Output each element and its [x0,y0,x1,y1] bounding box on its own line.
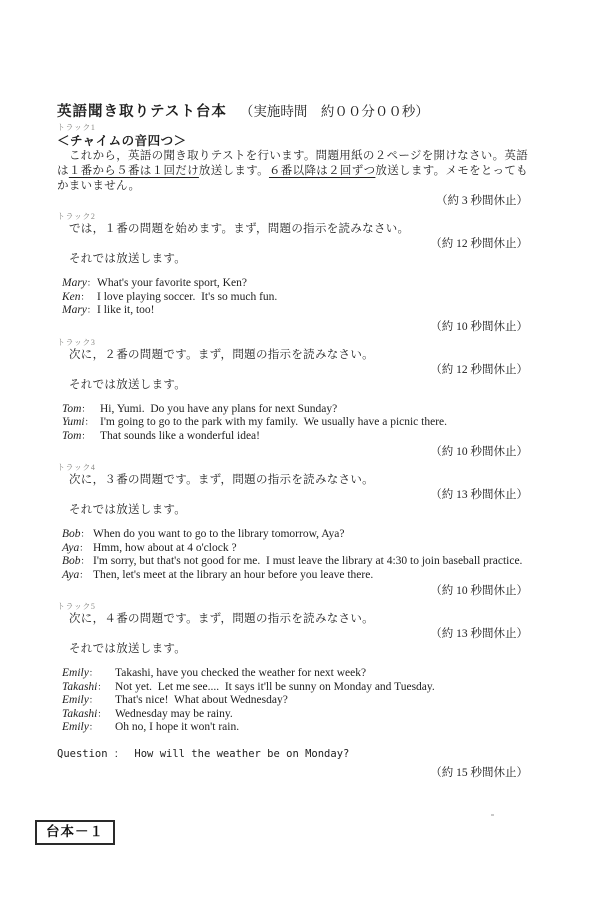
dialogue-line: EmilyOh no, I hope it won't rain. [62,721,528,735]
dialogue-line: BobI'm sorry, but that's not good for me… [62,555,528,569]
speaker-name: Emily [62,721,115,735]
page-title: 英語聞き取りテスト台本（実施時間 約００分００秒） [57,103,528,121]
intro-underlined-segment: ６番以降は２回ずつ [269,165,375,177]
pause-note: （約 3 秒間休止） [57,194,528,209]
utterance: What's your favorite sport, Ken? [97,277,528,291]
pause-note: （約 12 秒間休止） [57,363,528,378]
instruction-line: では，１番の問題を始めます。まず，問題の指示を読みなさい。 [57,222,528,237]
chime-heading: ＜チャイムの音四つ＞ [57,133,528,149]
scan-artifact-dot [491,814,494,816]
speaker-name: Bob [62,528,93,542]
speaker-name: Ken [62,291,97,305]
pause-note: （約 15 秒間休止） [57,766,528,781]
dialogue-block: TomHi, Yumi. Do you have any plans for n… [62,403,528,444]
utterance: Then, let's meet at the library an hour … [93,569,528,583]
pause-note: （約 10 秒間休止） [57,584,528,599]
instruction-line: 次に，４番の問題です。まず，問題の指示を読みなさい。 [57,612,528,627]
broadcast-line: それでは放送します。 [57,642,528,657]
broadcast-line: それでは放送します。 [57,503,528,518]
dialogue-line: KenI love playing soccer. It's so much f… [62,291,528,305]
utterance: I love playing soccer. It's so much fun. [97,291,528,305]
dialogue-line: TakashiWednesday may be rainy. [62,708,528,722]
speaker-name: Mary [62,277,97,291]
section-question-3: トラック4 次に，３番の問題です。まず，問題の指示を読みなさい。 （約 13 秒… [57,463,528,599]
utterance: Not yet. Let me see.... It says it'll be… [115,681,528,695]
pause-note: （約 10 秒間休止） [57,320,528,335]
dialogue-block: EmilyTakashi, have you checked the weath… [62,667,528,735]
speaker-name: Aya [62,569,93,583]
pause-note: （約 10 秒間休止） [57,445,528,460]
track-label-3: トラック3 [57,338,528,348]
speaker-name: Emily [62,667,115,681]
dialogue-line: MaryI like it, too! [62,304,528,318]
speaker-name: Takashi [62,681,115,695]
speaker-name: Bob [62,555,93,569]
dialogue-line: TakashiNot yet. Let me see.... It says i… [62,681,528,695]
question-label: Question ： [57,747,124,761]
dialogue-line: YumiI'm going to go to the park with my … [62,416,528,430]
dialogue-line: TomHi, Yumi. Do you have any plans for n… [62,403,528,417]
section-question-2: トラック3 次に，２番の問題です。まず，問題の指示を読みなさい。 （約 12 秒… [57,338,528,461]
dialogue-line: EmilyThat's nice! What about Wednesday? [62,694,528,708]
broadcast-line: それでは放送します。 [57,378,528,393]
dialogue-block: BobWhen do you want to go to the library… [62,528,528,582]
utterance: I'm going to go to the park with my fami… [100,416,528,430]
document-page: 英語聞き取りテスト台本（実施時間 約００分００秒） トラック1 ＜チャイムの音四… [0,0,600,900]
track-label-2: トラック2 [57,212,528,222]
utterance: Hmm, how about at 4 o'clock ? [93,542,528,556]
section-question-4: トラック5 次に，４番の問題です。まず，問題の指示を読みなさい。 （約 13 秒… [57,602,528,735]
dialogue-line: BobWhen do you want to go to the library… [62,528,528,542]
dialogue-line: AyaThen, let's meet at the library an ho… [62,569,528,583]
speaker-name: Aya [62,542,93,556]
intro-paragraph: これから，英語の聞き取りテストを行います。問題用紙の２ページを開けなさい。英語は… [57,149,528,194]
instruction-line: 次に，３番の問題です。まず，問題の指示を読みなさい。 [57,473,528,488]
speaker-name: Tom [62,430,100,444]
dialogue-line: MaryWhat's your favorite sport, Ken? [62,277,528,291]
doc-duration: （実施時間 約００分００秒） [240,104,429,119]
utterance: I like it, too! [97,304,528,318]
dialogue-line: TomThat sounds like a wonderful idea! [62,430,528,444]
utterance: That's nice! What about Wednesday? [115,694,528,708]
broadcast-line: それでは放送します。 [57,252,528,267]
pause-note: （約 13 秒間休止） [57,627,528,642]
question-text: How will the weather be on Monday? [134,747,349,761]
track-label-4: トラック4 [57,463,528,473]
utterance: When do you want to go to the library to… [93,528,528,542]
utterance: That sounds like a wonderful idea! [100,430,528,444]
speaker-name: Tom [62,403,100,417]
footer-page-label: 台本－１ [35,820,115,845]
section-question-1: トラック2 では，１番の問題を始めます。まず，問題の指示を読みなさい。 （約 1… [57,212,528,335]
dialogue-block: MaryWhat's your favorite sport, Ken? Ken… [62,277,528,318]
track-label-5: トラック5 [57,602,528,612]
utterance: Wednesday may be rainy. [115,708,528,722]
utterance: I'm sorry, but that's not good for me. I… [93,555,528,569]
dialogue-line: EmilyTakashi, have you checked the weath… [62,667,528,681]
pause-note: （約 13 秒間休止） [57,488,528,503]
instruction-line: 次に，２番の問題です。まず，問題の指示を読みなさい。 [57,348,528,363]
question-line: Question ：How will the weather be on Mon… [57,747,528,761]
intro-text-segment: 放送します。 [199,165,269,177]
pause-note: （約 12 秒間休止） [57,237,528,252]
utterance: Takashi, have you checked the weather fo… [115,667,528,681]
speaker-name: Mary [62,304,97,318]
track-label-1: トラック1 [57,123,528,133]
doc-title: 英語聞き取りテスト台本 [57,104,227,120]
speaker-name: Emily [62,694,115,708]
utterance: Oh no, I hope it won't rain. [115,721,528,735]
utterance: Hi, Yumi. Do you have any plans for next… [100,403,528,417]
dialogue-line: AyaHmm, how about at 4 o'clock ? [62,542,528,556]
speaker-name: Takashi [62,708,115,722]
speaker-name: Yumi [62,416,100,430]
intro-underlined-segment: １番から５番は１回だけ [69,165,199,177]
